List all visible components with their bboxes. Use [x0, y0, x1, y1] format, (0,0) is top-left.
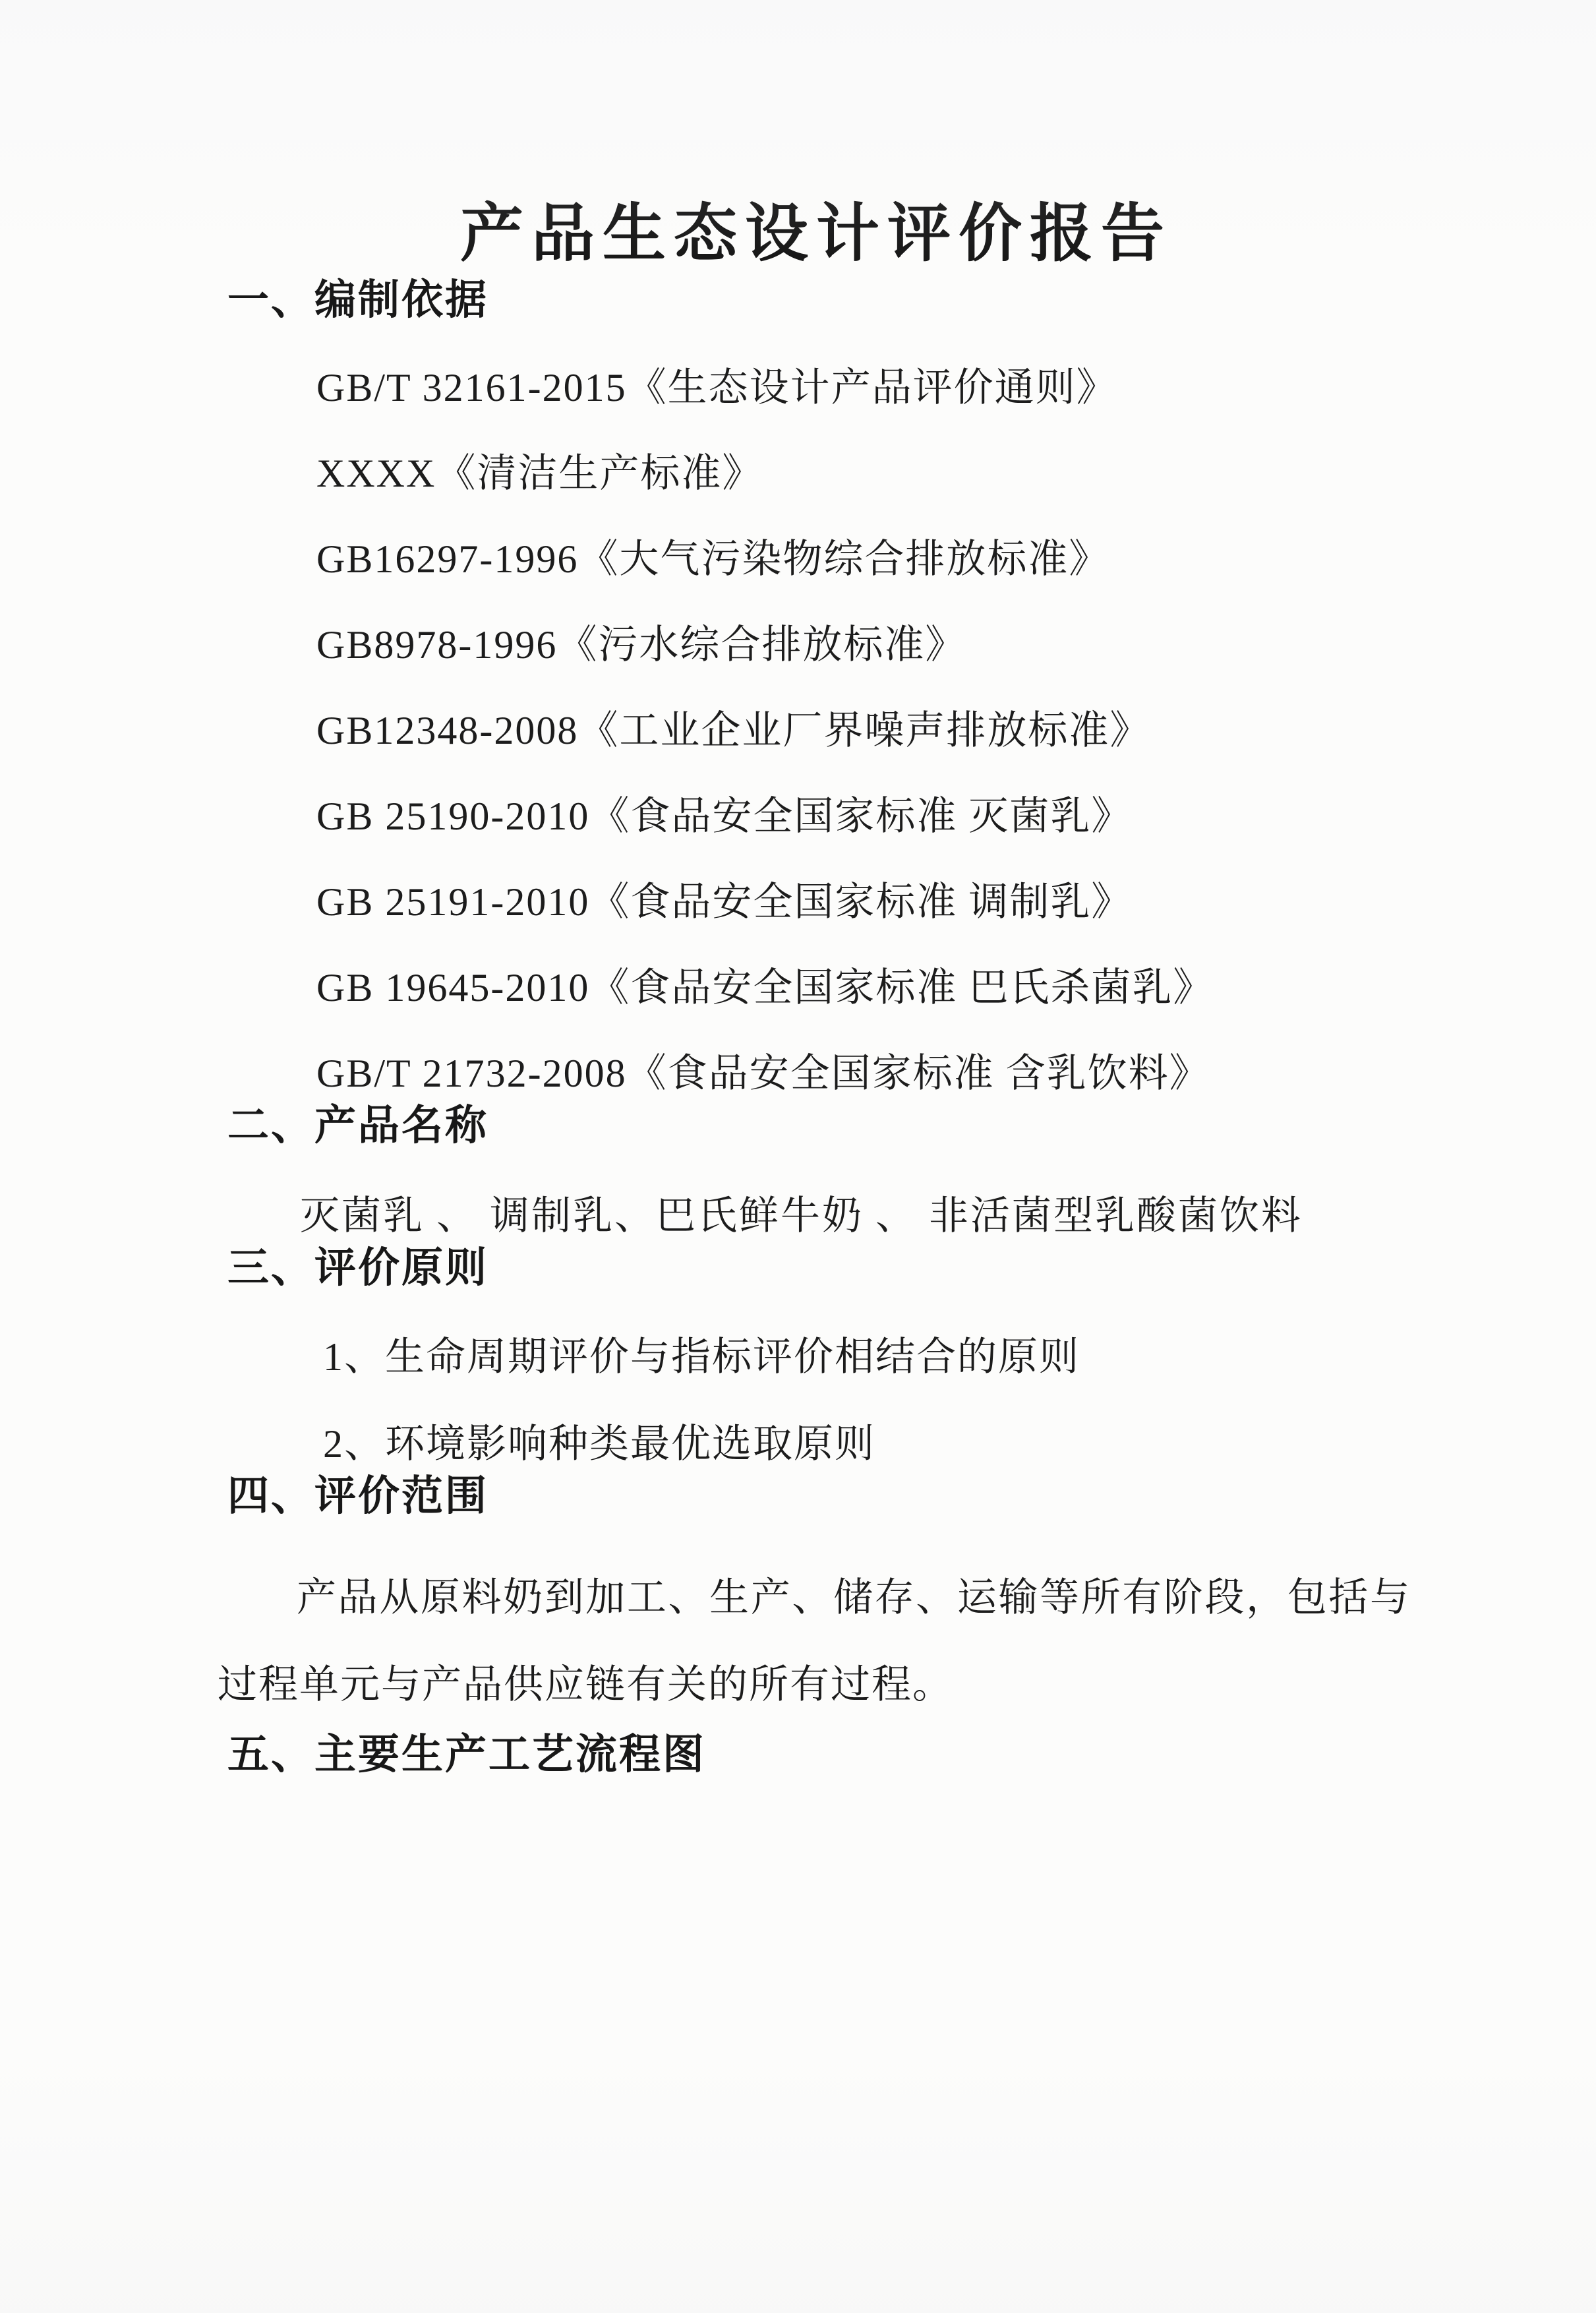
section-product-name: 二、产品名称 灭菌乳 、 调制乳、巴氏鲜牛奶 、 非活菌型乳酸菌饮料 [227, 1099, 1405, 1242]
section-heading-evaluation-principles: 三、评价原则 [227, 1242, 1405, 1296]
section-heading-compilation-basis: 一、编制依据 [227, 274, 1405, 328]
standard-item: GB12348-2008《工业企业厂界噪声排放标准》 [316, 705, 1405, 756]
standard-item: GB/T 21732-2008《食品安全国家标准 含乳饮料》 [316, 1048, 1405, 1099]
standard-item: XXXX《清洁生产标准》 [316, 448, 1405, 499]
standard-item: GB 25190-2010《食品安全国家标准 灭菌乳》 [316, 791, 1405, 842]
standard-item: GB/T 32161-2015《生态设计产品评价通则》 [316, 362, 1405, 413]
section-compilation-basis: 一、编制依据 GB/T 32161-2015《生态设计产品评价通则》 XXXX《… [227, 274, 1405, 1099]
principle-item: 2、环境影响种类最优选取原则 [323, 1418, 1405, 1470]
section-process-flow: 五、主要生产工艺流程图 [227, 1728, 1405, 1782]
section-heading-product-name: 二、产品名称 [227, 1099, 1405, 1153]
standard-item: GB 19645-2010《食品安全国家标准 巴氏杀菌乳》 [316, 962, 1405, 1013]
principle-item: 1、生命周期评价与指标评价相结合的原则 [323, 1331, 1405, 1383]
document-title: 产品生态设计评价报告 [227, 183, 1405, 274]
standard-item: GB16297-1996《大气污染物综合排放标准》 [316, 533, 1405, 585]
section-evaluation-scope: 四、评价范围 产品从原料奶到加工、生产、储存、运输等所有阶段，包括与过程单元与产… [227, 1470, 1405, 1728]
section-heading-process-flow: 五、主要生产工艺流程图 [227, 1728, 1405, 1782]
standard-item: GB 25191-2010《食品安全国家标准 调制乳》 [316, 876, 1405, 928]
product-name-list: 灭菌乳 、 调制乳、巴氏鲜牛奶 、 非活菌型乳酸菌饮料 [300, 1190, 1405, 1242]
standard-item: GB8978-1996《污水综合排放标准》 [316, 619, 1405, 671]
evaluation-scope-paragraph: 产品从原料奶到加工、生产、储存、运输等所有阶段，包括与过程单元与产品供应链有关的… [218, 1554, 1411, 1728]
section-evaluation-principles: 三、评价原则 1、生命周期评价与指标评价相结合的原则 2、环境影响种类最优选取原… [227, 1242, 1405, 1470]
section-heading-evaluation-scope: 四、评价范围 [227, 1470, 1405, 1524]
document-page: 产品生态设计评价报告 一、编制依据 GB/T 32161-2015《生态设计产品… [0, 0, 1596, 2313]
